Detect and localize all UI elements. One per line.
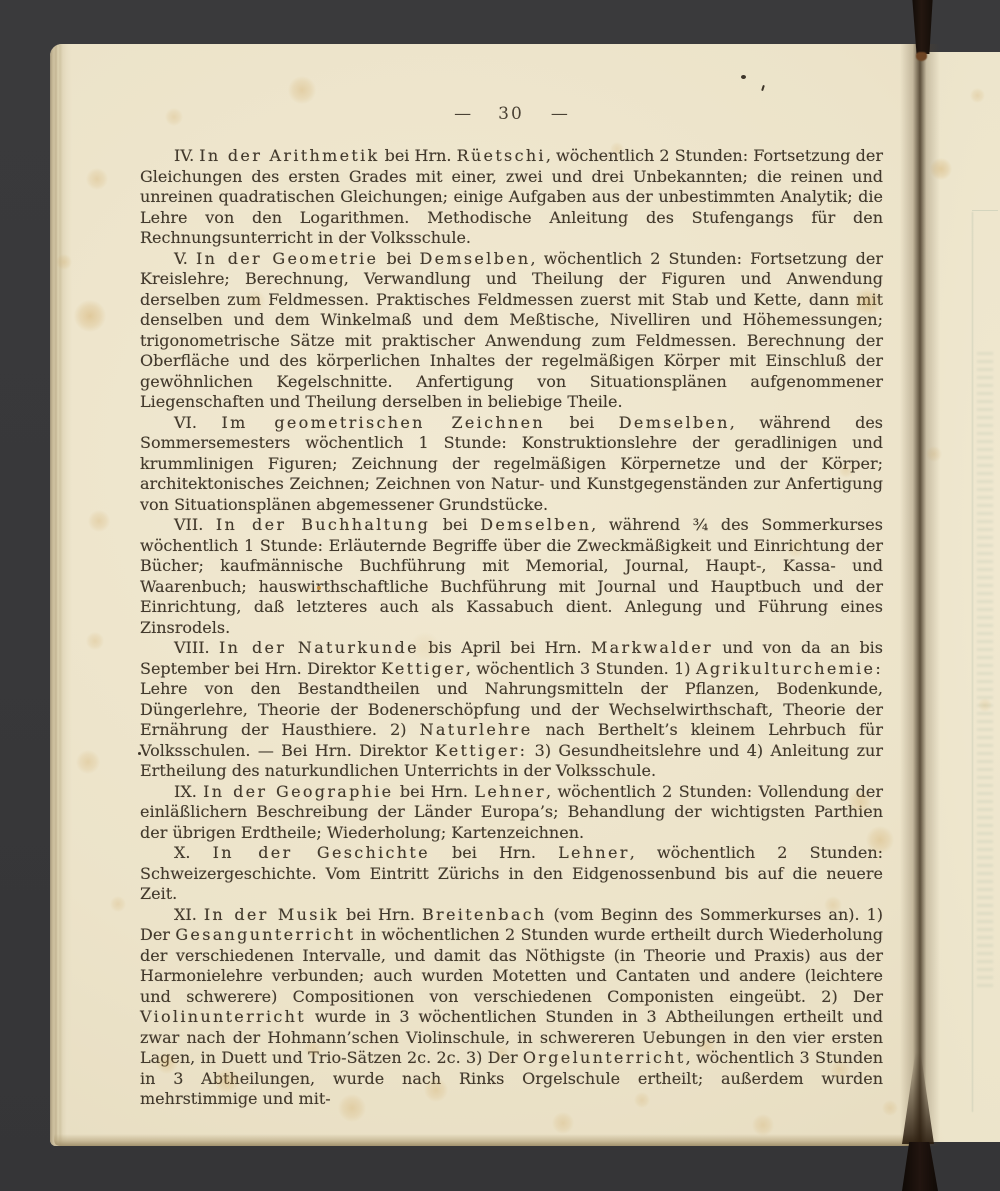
foxing-spot [288, 76, 316, 104]
body-text: bei Hrn. [393, 782, 474, 801]
foxing-spot [165, 108, 183, 126]
foxing-spot [882, 1100, 898, 1116]
emphasized-text: Demselben [420, 249, 531, 268]
body-text: bei Hrn. [430, 843, 558, 862]
emphasized-text: Breitenbach [422, 905, 547, 924]
foxing-spot [930, 158, 952, 180]
foxing-spot [866, 826, 894, 854]
foxing-spot [156, 1052, 178, 1074]
book-scan: —30— IV. In der Arithmetik bei Hrn. Rüet… [0, 0, 1000, 1191]
foxing-spot [110, 896, 126, 912]
body-text: V. [174, 249, 196, 268]
foxing-spot [634, 1092, 650, 1108]
emphasized-text: In der Naturkunde [219, 638, 419, 657]
ink-speck [741, 75, 746, 79]
foxing-spot [410, 632, 440, 662]
emphasized-text: Lehner [474, 782, 546, 801]
paragraph-section-vii: VII. In der Buchhaltung bei Demselben, w… [140, 515, 883, 638]
paragraph-section-xi: XI. In der Musik bei Hrn. Breitenbach (v… [140, 905, 883, 1110]
foxing-spot [424, 1078, 448, 1102]
foxing-spot [76, 750, 100, 774]
binding-ribbon-bottom [902, 1142, 938, 1191]
emphasized-text: Orgelunterricht [523, 1048, 686, 1067]
emphasized-text: Lehner [558, 843, 630, 862]
ink-speck [317, 586, 321, 590]
show-through-text [977, 352, 993, 992]
foxing-spot [854, 288, 882, 316]
body-text: bei Hrn. [339, 905, 422, 924]
body-text: , wöchentlich 3 Stunden. 1) [466, 659, 696, 678]
emphasized-text: In der Geometrie [196, 249, 378, 268]
foxing-spot [338, 1094, 366, 1122]
emphasized-text: Naturlehre [420, 720, 533, 739]
emphasized-text: Rüetschi [457, 146, 546, 165]
binding-ribbon-tip [916, 52, 927, 61]
foxing-spot [824, 896, 842, 914]
body-text: VIII. [174, 638, 219, 657]
emphasized-text: In der Arithmetik [199, 146, 379, 165]
foxing-spot [86, 632, 104, 650]
body-text: bei Hrn. [379, 146, 456, 165]
body-text: , wöchentlich 2 Stunden: Fortsetzung der… [140, 249, 883, 412]
body-text: X. [174, 843, 213, 862]
emphasized-text: In der Musik [204, 905, 339, 924]
emphasized-text: Im geometrischen Zeichnen [221, 413, 544, 432]
foxing-spot [970, 88, 985, 103]
emphasized-text: Agrikulturchemie: [696, 659, 883, 678]
emphasized-text: Demselben [619, 413, 730, 432]
foxing-spot [74, 300, 106, 332]
foxing-spot [752, 1114, 774, 1136]
paragraph-section-x: X. In der Geschichte bei Hrn. Lehner, wö… [140, 843, 883, 905]
foxing-spot [570, 752, 596, 778]
page-bottom-edge [54, 1134, 922, 1146]
foxing-spot [86, 168, 108, 190]
foxing-spot [848, 790, 872, 814]
body-text: bis April bei Hrn. [419, 638, 591, 657]
body-text: VI. [174, 413, 221, 432]
emphasized-text: In der Geographie [203, 782, 393, 801]
foxing-spot [926, 446, 942, 462]
body-text: VII. [174, 515, 216, 534]
foxing-spot [698, 1038, 716, 1056]
page-header: —30— [140, 104, 882, 124]
header-dash-right: — [551, 104, 568, 124]
body-text: bei [378, 249, 419, 268]
page-fore-edge [50, 44, 72, 1146]
body-text: bei [430, 515, 480, 534]
ink-speck [138, 752, 141, 755]
body-text: bei [545, 413, 619, 432]
page-number: 30 [498, 104, 524, 124]
foxing-spot [304, 1040, 322, 1058]
foxing-spot [830, 1060, 850, 1080]
paragraph-section-viii: VIII. In der Naturkunde bis April bei Hr… [140, 638, 883, 782]
foxing-spot [56, 254, 72, 270]
foxing-spot [88, 510, 110, 532]
foxing-spot [838, 462, 854, 478]
emphasized-text: Kettiger: [435, 741, 527, 760]
page-gutter [900, 44, 940, 1146]
emphasized-text: Markwalder [591, 638, 713, 657]
paragraph-section-iv: IV. In der Arithmetik bei Hrn. Rüetschi,… [140, 146, 883, 249]
emphasized-text: Gesangunterricht [175, 925, 355, 944]
header-dash-left: — [454, 104, 471, 124]
paragraph-section-vi: VI. Im geometrischen Zeichnen bei Demsel… [140, 413, 883, 516]
body-text: IX. [174, 782, 203, 801]
show-through-rule [972, 212, 973, 1112]
foxing-spot [978, 698, 992, 712]
show-through-mark [972, 210, 998, 211]
foxing-spot [214, 1068, 240, 1094]
emphasized-text: In der Geschichte [213, 843, 430, 862]
foxing-spot [244, 290, 266, 312]
paragraph-section-v: V. In der Geometrie bei Demselben, wöche… [140, 249, 883, 413]
foxing-spot [786, 538, 806, 558]
foxing-spot [552, 1112, 574, 1134]
body-text: IV. [174, 146, 199, 165]
emphasized-text: In der Buchhaltung [216, 515, 430, 534]
emphasized-text: Demselben [480, 515, 591, 534]
foxing-spot [494, 1044, 509, 1059]
body-text: XI. [174, 905, 204, 924]
emphasized-text: Violinunterricht [140, 1007, 306, 1026]
paragraph-section-ix: IX. In der Geographie bei Hrn. Lehner, w… [140, 782, 883, 844]
foxing-spot [610, 142, 624, 156]
